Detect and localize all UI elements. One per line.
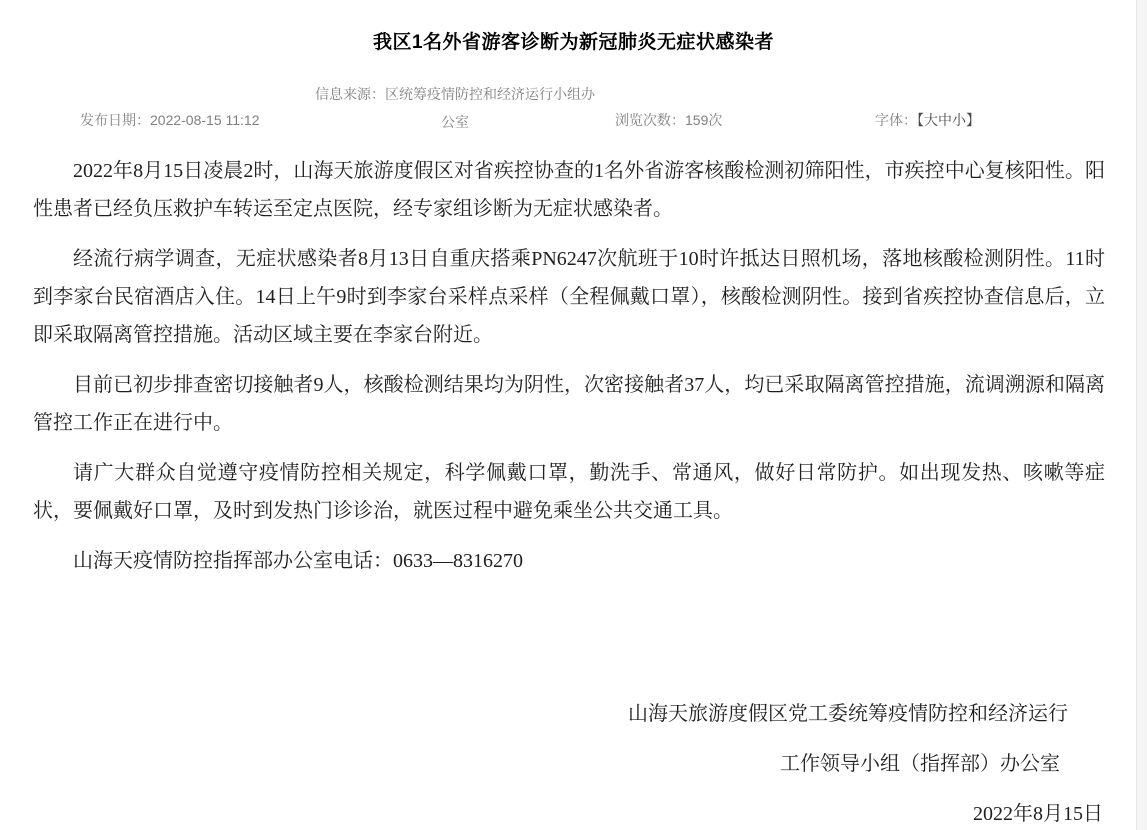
font-size-bracket-open: 【 bbox=[917, 112, 924, 128]
font-size-selector: 字体：【大中小】 bbox=[875, 110, 980, 130]
view-count: 浏览次数：159次 bbox=[615, 110, 722, 130]
meta-bar: 发布日期：2022-08-15 11:12 信息来源：区统筹疫情防控和经济运行小… bbox=[0, 78, 1147, 134]
info-source-label: 信息来源： bbox=[315, 86, 385, 102]
notice-page: 我区1名外省游客诊断为新冠肺炎无症状感染者 发布日期：2022-08-15 11… bbox=[0, 0, 1147, 830]
view-count-value: 159次 bbox=[685, 112, 722, 128]
view-count-label: 浏览次数： bbox=[615, 112, 685, 128]
font-size-small-option[interactable]: 小 bbox=[952, 112, 966, 128]
paragraph-hotline: 山海天疫情防控指挥部办公室电话：0633—8316270 bbox=[33, 542, 1105, 580]
signature-org-line1: 山海天旅游度假区党工委统筹疫情防控和经济运行 bbox=[33, 695, 1105, 733]
paragraph-1: 2022年8月15日凌晨2时，山海天旅游度假区对省疾控协查的1名外省游客核酸检测… bbox=[33, 152, 1105, 228]
paragraph-3: 目前已初步排查密切接触者9人，核酸检测结果均为阴性，次密接触者37人，均已采取隔… bbox=[33, 366, 1105, 442]
scrollbar-track[interactable] bbox=[1136, 0, 1147, 830]
signature-org-line2: 工作领导小组（指挥部）办公室 bbox=[33, 745, 1105, 783]
paragraph-4: 请广大群众自觉遵守疫情防控相关规定，科学佩戴口罩，勤洗手、常通风，做好日常防护。… bbox=[33, 454, 1105, 530]
font-size-label: 字体： bbox=[875, 112, 917, 128]
font-size-medium-option[interactable]: 中 bbox=[938, 112, 952, 128]
info-source: 信息来源：区统筹疫情防控和经济运行小组办 公室 bbox=[270, 80, 640, 136]
article-body: 2022年8月15日凌晨2时，山海天旅游度假区对省疾控协查的1名外省游客核酸检测… bbox=[0, 152, 1147, 830]
font-size-large-option[interactable]: 大 bbox=[924, 112, 938, 128]
paragraph-2: 经流行病学调查，无症状感染者8月13日自重庆搭乘PN6247次航班于10时许抵达… bbox=[33, 240, 1105, 354]
signature-block: 山海天旅游度假区党工委统筹疫情防控和经济运行 工作领导小组（指挥部）办公室 20… bbox=[33, 695, 1105, 830]
publish-date-value: 2022-08-15 11:12 bbox=[150, 112, 260, 128]
info-source-value-line2: 公室 bbox=[441, 114, 469, 130]
signature-date: 2022年8月15日 bbox=[33, 795, 1105, 830]
font-size-bracket-close: 】 bbox=[966, 112, 980, 128]
info-source-value-line1: 区统筹疫情防控和经济运行小组办 bbox=[385, 86, 595, 102]
page-title: 我区1名外省游客诊断为新冠肺炎无症状感染者 bbox=[0, 13, 1147, 54]
publish-date: 发布日期：2022-08-15 11:12 bbox=[80, 110, 260, 130]
publish-date-label: 发布日期： bbox=[80, 112, 150, 128]
